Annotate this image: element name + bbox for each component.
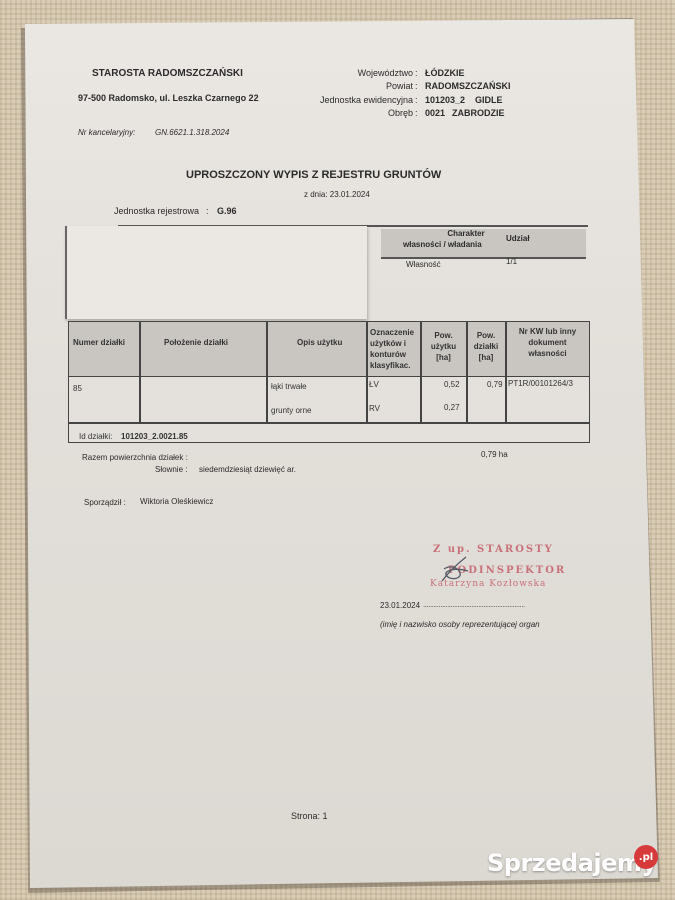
th-parcel-area-l2: działki — [467, 341, 505, 352]
office-name: STAROSTA RADOMSZCZAŃSKI — [92, 68, 243, 79]
separator: : — [415, 81, 418, 91]
th-classification: Oznaczenie użytków i konturów klasyfikac… — [368, 327, 422, 371]
document-title: UPROSZCZONY WYPIS Z REJESTRU GRUNTÓW — [186, 169, 441, 181]
use-area-1: 0,52 — [444, 380, 460, 389]
land-register-number: PT1R/00101264/3 — [508, 379, 573, 388]
parcels-table: Numer działki Położenie działki Opis uży… — [68, 321, 590, 443]
signature-scribble-icon — [438, 555, 478, 585]
in-words-label: Słownie : — [155, 465, 187, 474]
parcel-id-label: Id działki: — [79, 432, 112, 441]
watermark-logo: Sprzedajemy — [487, 849, 657, 877]
th-classification-l3: konturów — [370, 349, 422, 360]
th-land-register-l3: własności — [506, 348, 589, 359]
document-date: z dnia: 23.01.2024 — [304, 190, 370, 199]
separator: : — [415, 95, 418, 105]
th-use-area-l3: [ha] — [421, 352, 466, 363]
registry-unit-label: Jednostka rejestrowa — [114, 206, 199, 216]
ownership-value: Własność — [406, 260, 441, 269]
th-land-register-l1: Nr KW lub inny — [506, 326, 589, 337]
parcel-number: 85 — [73, 384, 82, 393]
total-area-value: 0,79 ha — [481, 450, 508, 459]
stamp-line-1: Z up. STAROSTY — [433, 544, 554, 555]
th-classification-l4: klasyfikac. — [370, 360, 422, 371]
page-number: Strona: 1 — [291, 811, 328, 821]
th-classification-l2: użytków i — [370, 338, 422, 349]
th-use-area-l2: użytku — [421, 341, 466, 352]
th-use-area-l1: Pow. — [421, 330, 466, 341]
signature-caption: (imię i nazwisko osoby reprezentującej o… — [380, 620, 540, 629]
prepared-by-value: Wiktoria Oleśkiewicz — [140, 497, 213, 506]
th-classification-l1: Oznaczenie — [370, 327, 422, 338]
th-parcel-area: Pow. działki [ha] — [467, 330, 505, 363]
header-share: Udział — [506, 234, 530, 243]
th-parcel-number: Numer działki — [73, 337, 125, 348]
th-parcel-location: Położenie działki — [164, 337, 228, 348]
th-use-area: Pow. użytku [ha] — [421, 330, 466, 363]
office-address: 97-500 Radomsko, ul. Leszka Czarnego 22 — [78, 93, 259, 103]
voivodeship-label: Województwo — [358, 68, 413, 78]
share-value: 1/1 — [506, 257, 517, 266]
watermark-badge: .pl — [634, 845, 658, 869]
th-parcel-area-l3: [ha] — [467, 352, 505, 363]
ref-label: Nr kancelaryjny: — [78, 128, 135, 137]
precinct-name: ZABRODZIE — [452, 108, 505, 118]
signature-dots: ........................................… — [423, 600, 525, 609]
land-use-2: grunty orne — [271, 406, 311, 415]
county-value: RADOMSZCZAŃSKI — [425, 81, 511, 91]
precinct-code: 0021 — [425, 108, 445, 118]
unit-name: GIDLE — [475, 95, 503, 105]
county-label: Powiat — [386, 81, 413, 91]
unit-code: 101203_2 — [425, 95, 465, 105]
land-class-1: ŁV — [369, 380, 379, 389]
th-land-register: Nr KW lub inny dokument własności — [506, 326, 589, 359]
th-land-register-l2: dokument — [506, 337, 589, 348]
precinct-label: Obręb — [388, 108, 413, 118]
prepared-by-label: Sporządził : — [84, 498, 126, 507]
header-ownership-l2: własności / władania — [403, 240, 482, 249]
in-words-value: siedemdziesiąt dziewięć ar. — [199, 465, 296, 474]
signature-date: 23.01.2024 — [380, 601, 420, 610]
parcel-id-value: 101203_2.0021.85 — [121, 432, 188, 441]
th-parcel-area-l1: Pow. — [467, 330, 505, 341]
ref-value: GN.6621.1.318.2024 — [155, 128, 229, 137]
voivodeship-value: ŁÓDZKIE — [425, 68, 465, 78]
th-land-use: Opis użytku — [297, 337, 342, 348]
land-use-1: łąki trwałe — [271, 382, 307, 391]
use-area-2: 0,27 — [444, 403, 460, 412]
land-class-2: RV — [369, 404, 380, 413]
separator: : — [206, 206, 209, 216]
parcel-area: 0,79 — [487, 380, 503, 389]
separator: : — [415, 68, 418, 78]
redacted-owner-area — [65, 226, 367, 319]
header-ownership-l1: Charakter — [421, 229, 511, 238]
unit-label: Jednostka ewidencyjna — [320, 95, 413, 105]
separator: : — [415, 108, 418, 118]
registry-unit-value: G.96 — [217, 206, 237, 216]
total-area-label: Razem powierzchnia działek : — [82, 453, 188, 462]
